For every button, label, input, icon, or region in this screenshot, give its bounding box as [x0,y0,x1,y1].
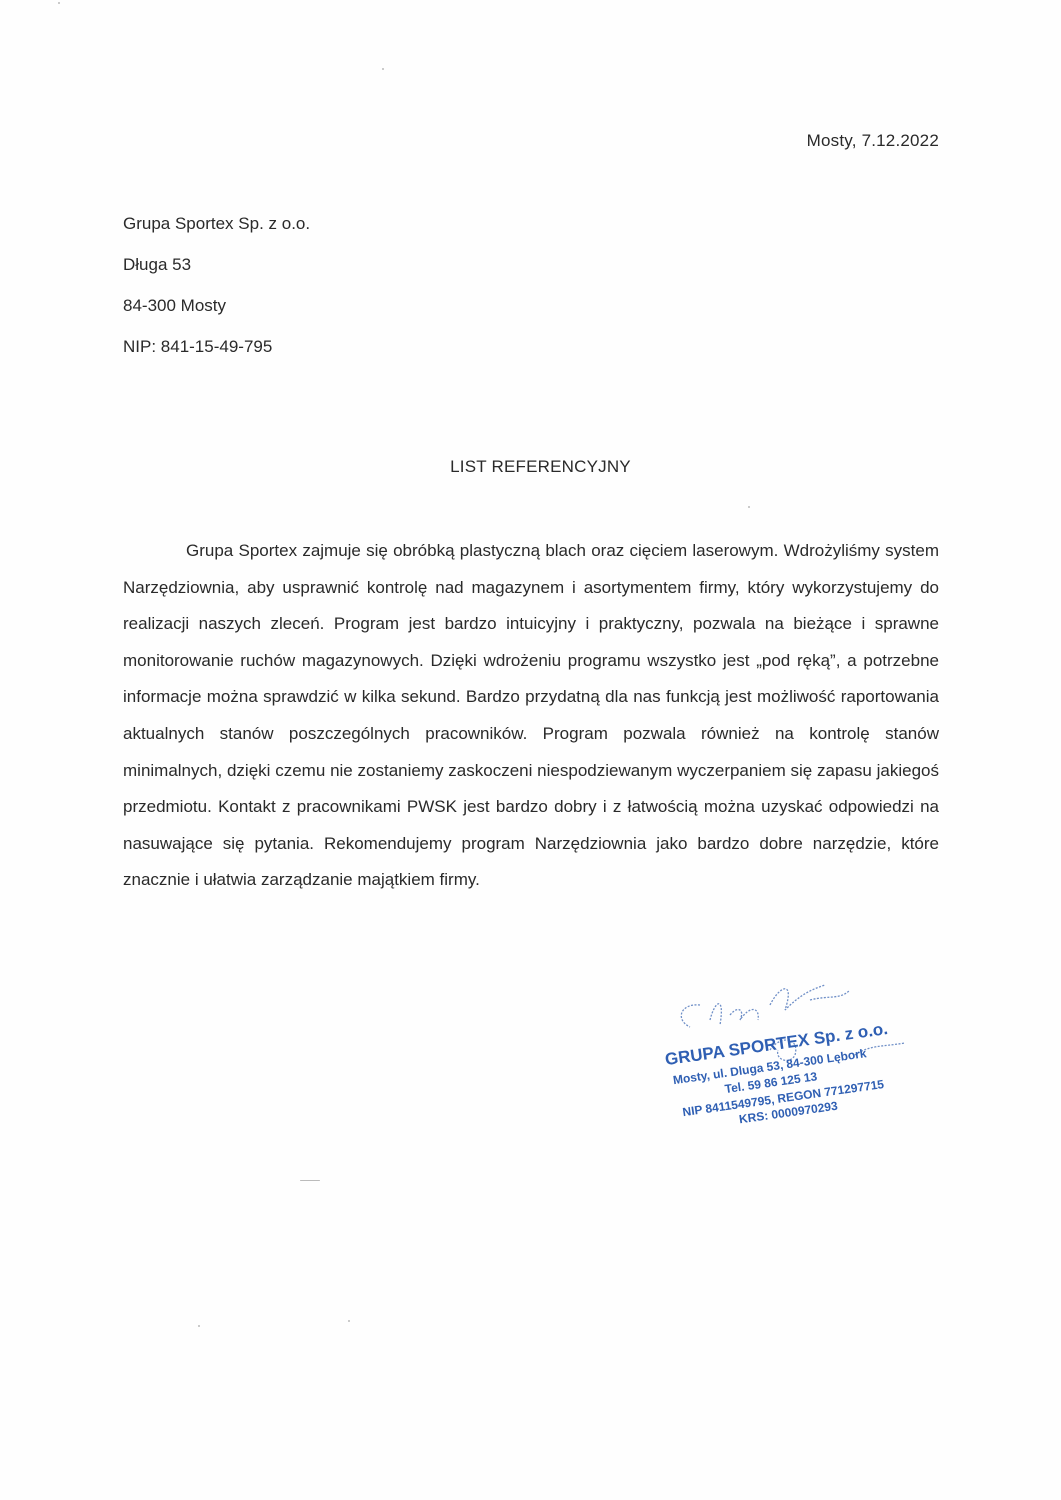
letter-date: Mosty, 7.12.2022 [807,131,939,151]
letter-title: LIST REFERENCYJNY [0,457,1061,477]
scan-speck [198,1325,200,1327]
letter-body-text: Grupa Sportex zajmuje się obróbką plasty… [123,533,939,899]
letter-body: Grupa Sportex zajmuje się obróbką plasty… [123,533,939,899]
recipient-nip: NIP: 841-15-49-795 [123,337,272,357]
letter-page: Mosty, 7.12.2022 Grupa Sportex Sp. z o.o… [0,0,1061,1500]
company-stamp-with-signature: GRUPA SPORTEX Sp. z o.o. Mosty, ul. Dlug… [660,965,930,1135]
scan-speck [382,68,384,70]
recipient-city: 84-300 Mosty [123,296,226,316]
scan-speck [300,1180,320,1181]
scan-speck [58,2,60,4]
scan-speck [748,506,750,508]
scan-speck [348,1320,350,1322]
recipient-company: Grupa Sportex Sp. z o.o. [123,214,310,234]
recipient-street: Długa 53 [123,255,191,275]
